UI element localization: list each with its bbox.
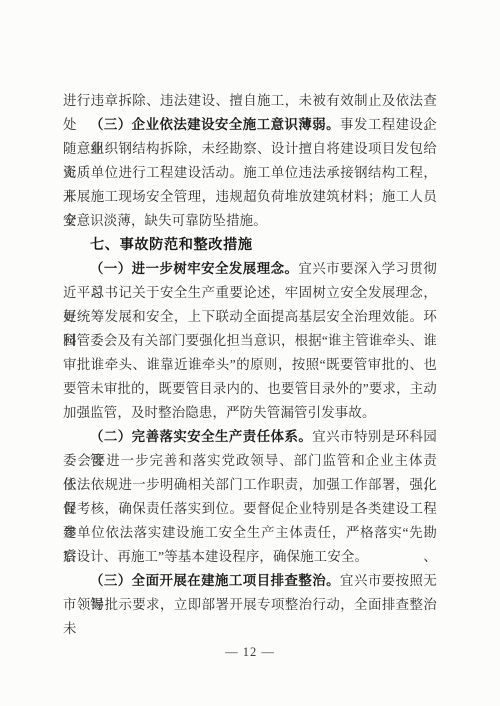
document-line: 加强监管，及时整治隐患，严防失管漏管引发事故。 [63, 401, 437, 425]
document-page: 进行违章拆除、违法建设、擅自施工，未被有效制止及依法查处。 （三）企业依法建设安… [0, 0, 500, 706]
document-line: 资质单位进行工程建设活动。施工单位违法承接钢结构工程，未 [63, 161, 437, 185]
paragraph-lead: （一）进一步树牢安全发展理念。 [90, 261, 298, 276]
document-line: 要管未审批的，既要管目录内的、也要管目录外的”要求，主动 [63, 377, 437, 401]
document-line: 依法依规进一步明确相关部门工作职责，加强工作部署，强化督 [63, 473, 437, 497]
document-line: 委会要进一步完善和落实党政领导、部门监管和企业主体责任， [63, 449, 437, 473]
paragraph-lead: （二）完善落实安全生产责任体系。 [90, 429, 312, 444]
document-line: 建单位依法落实建设施工安全生产主体责任，严格落实“先勘察、 [63, 521, 437, 545]
paragraph-lead: （三）企业依法建设安全施工意识薄弱。 [90, 117, 340, 132]
document-line: （二）完善落实安全生产责任体系。宜兴市特别是环科园管 [63, 425, 437, 449]
paragraph-lead: （三）全面开展在建施工项目排查整治。 [90, 573, 340, 588]
document-line: 好统筹发展和安全，上下联动全面提高基层安全治理效能。环科 [63, 305, 437, 329]
document-line: 开展施工现场安全管理，违规超负荷堆放建筑材料；施工人员安 [63, 185, 437, 209]
document-line: 审批谁牵头、谁靠近谁牵头”的原则，按照“既要管审批的、也 [63, 353, 437, 377]
page-number: — 12 — [0, 645, 500, 660]
document-line: 全意识淡薄，缺失可靠防坠措施。 [63, 209, 437, 233]
document-body: 进行违章拆除、违法建设、擅自施工，未被有效制止及依法查处。 （三）企业依法建设安… [63, 89, 437, 617]
document-line: （一）进一步树牢安全发展理念。宜兴市要深入学习贯彻习 [63, 257, 437, 281]
document-line: 进行违章拆除、违法建设、擅自施工，未被有效制止及依法查处。 [63, 89, 437, 113]
section-heading: 七、事故防范和整改措施 [63, 233, 437, 257]
document-line: 随意组织钢结构拆除，未经勘察、设计擅自将建设项目发包给无 [63, 137, 437, 161]
document-line: （三）全面开展在建施工项目排查整治。宜兴市要按照无锡 [63, 569, 437, 593]
document-line: 市领导批示要求，立即部署开展专项整治行动，全面排查整治未 [63, 593, 437, 617]
document-line: 促考核，确保责任落实到位。要督促企业特别是各类建设工程参 [63, 497, 437, 521]
document-line: 园管委会及有关部门要强化担当意识，根据“谁主管谁牵头、谁 [63, 329, 437, 353]
document-line: 近平总书记关于安全生产重要论述，牢固树立安全发展理念，更 [63, 281, 437, 305]
document-line: （三）企业依法建设安全施工意识薄弱。事发工程建设企业 [63, 113, 437, 137]
